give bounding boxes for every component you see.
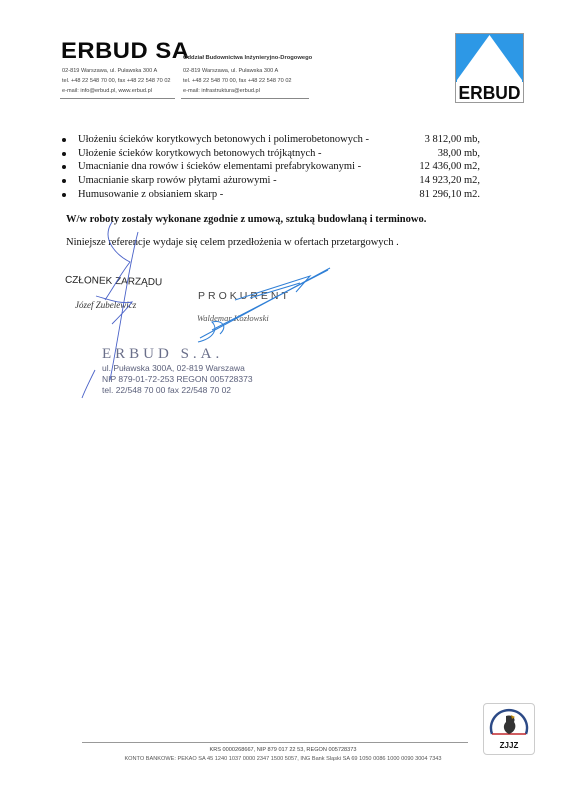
completion-statement: W/w roboty zostały wykonane zgodnie z um… [66,214,426,225]
bullet-icon [62,179,66,183]
header-divider [181,98,309,99]
works-item-description: Ułożenie ścieków korytkowych betonowych … [78,148,321,159]
works-item-quantity: 38,00 mb, [438,147,480,161]
head-office-address: 02-819 Warszawa, ul. Puławska 300 A [62,66,171,76]
works-item: Humusowanie z obsianiem skarp -81 296,10… [60,188,480,202]
works-item-quantity: 12 436,00 m2, [419,160,480,174]
board-member-label: CZŁONEK ZARZĄDU [65,275,162,289]
works-item-description: Umacnianie skarp rowów płytami ażurowymi… [78,175,277,186]
bullet-icon [62,138,66,142]
works-item-quantity: 81 296,10 m2. [419,188,480,202]
branch-title: Oddział Budownictwa Inżynieryjno-Drogowe… [183,55,312,61]
works-item-quantity: 3 812,00 mb, [425,133,480,147]
works-item-description: Ułożeniu ścieków korytkowych betonowych … [78,134,369,145]
proxy-label: PROKURENT [198,290,291,302]
company-name: ERBUD SA [61,38,189,64]
footer-divider [82,742,468,743]
head-office-contact: 02-819 Warszawa, ul. Puławska 300 A tel.… [62,66,171,96]
head-office-email: e-mail: info@erbud.pl, www.erbud.pl [62,86,171,96]
branch-address: 02-819 Warszawa, ul. Puławska 300 A [183,66,292,76]
bullet-icon [62,193,66,197]
head-office-phone: tel. +48 22 548 70 00, fax +48 22 548 70… [62,76,171,86]
footer-registry: KRS 0000268667, NIP 879 017 22 53, REGON… [0,747,566,753]
header-divider [60,98,175,99]
works-item: Umacnianie skarp rowów płytami ażurowymi… [60,174,480,188]
stamp-tax-ids: NIP 879-01-72-253 REGON 005728373 [102,374,253,385]
works-item: Ułożenie ścieków korytkowych betonowych … [60,147,480,161]
stamp-phone: tel. 22/548 70 00 fax 22/548 70 02 [102,385,253,396]
handwritten-signatures [0,0,566,800]
company-stamp: ERBUD S.A. ul. Puławska 300A, 02-819 War… [102,346,253,396]
bullet-icon [62,152,66,156]
eagle-emblem-icon [484,704,534,742]
purpose-statement: Niniejsze referencje wydaje się celem pr… [66,237,399,248]
erbud-logo: ERBUD [455,33,524,103]
branch-contact: 02-819 Warszawa, ul. Puławska 300 A tel.… [183,66,292,96]
works-list: Ułożeniu ścieków korytkowych betonowych … [60,133,480,201]
bullet-icon [62,165,66,169]
works-item-description: Humusowanie z obsianiem skarp - [78,189,223,200]
proxy-name: Waldemar Kozłowski [197,313,269,323]
signature-right [198,268,330,342]
branch-phone: tel. +48 22 548 70 00, fax +48 22 548 70… [183,76,292,86]
branch-email: e-mail: infrastruktura@erbud.pl [183,86,292,96]
stamp-title: ERBUD S.A. [102,346,253,363]
footer-bank-accounts: KONTO BANKOWE: PEKAO SA 45 1240 1037 000… [0,756,566,761]
stamp-address: ul. Puławska 300A, 02-819 Warszawa [102,363,253,374]
works-item: Ułożeniu ścieków korytkowych betonowych … [60,133,480,147]
board-member-name: Józef Zubelewicz [75,300,136,310]
logo-text: ERBUD [459,83,521,102]
works-item: Umacnianie dna rowów i ścieków elementam… [60,160,480,174]
works-item-description: Umacnianie dna rowów i ścieków elementam… [78,161,361,172]
works-item-quantity: 14 923,20 m2, [419,174,480,188]
